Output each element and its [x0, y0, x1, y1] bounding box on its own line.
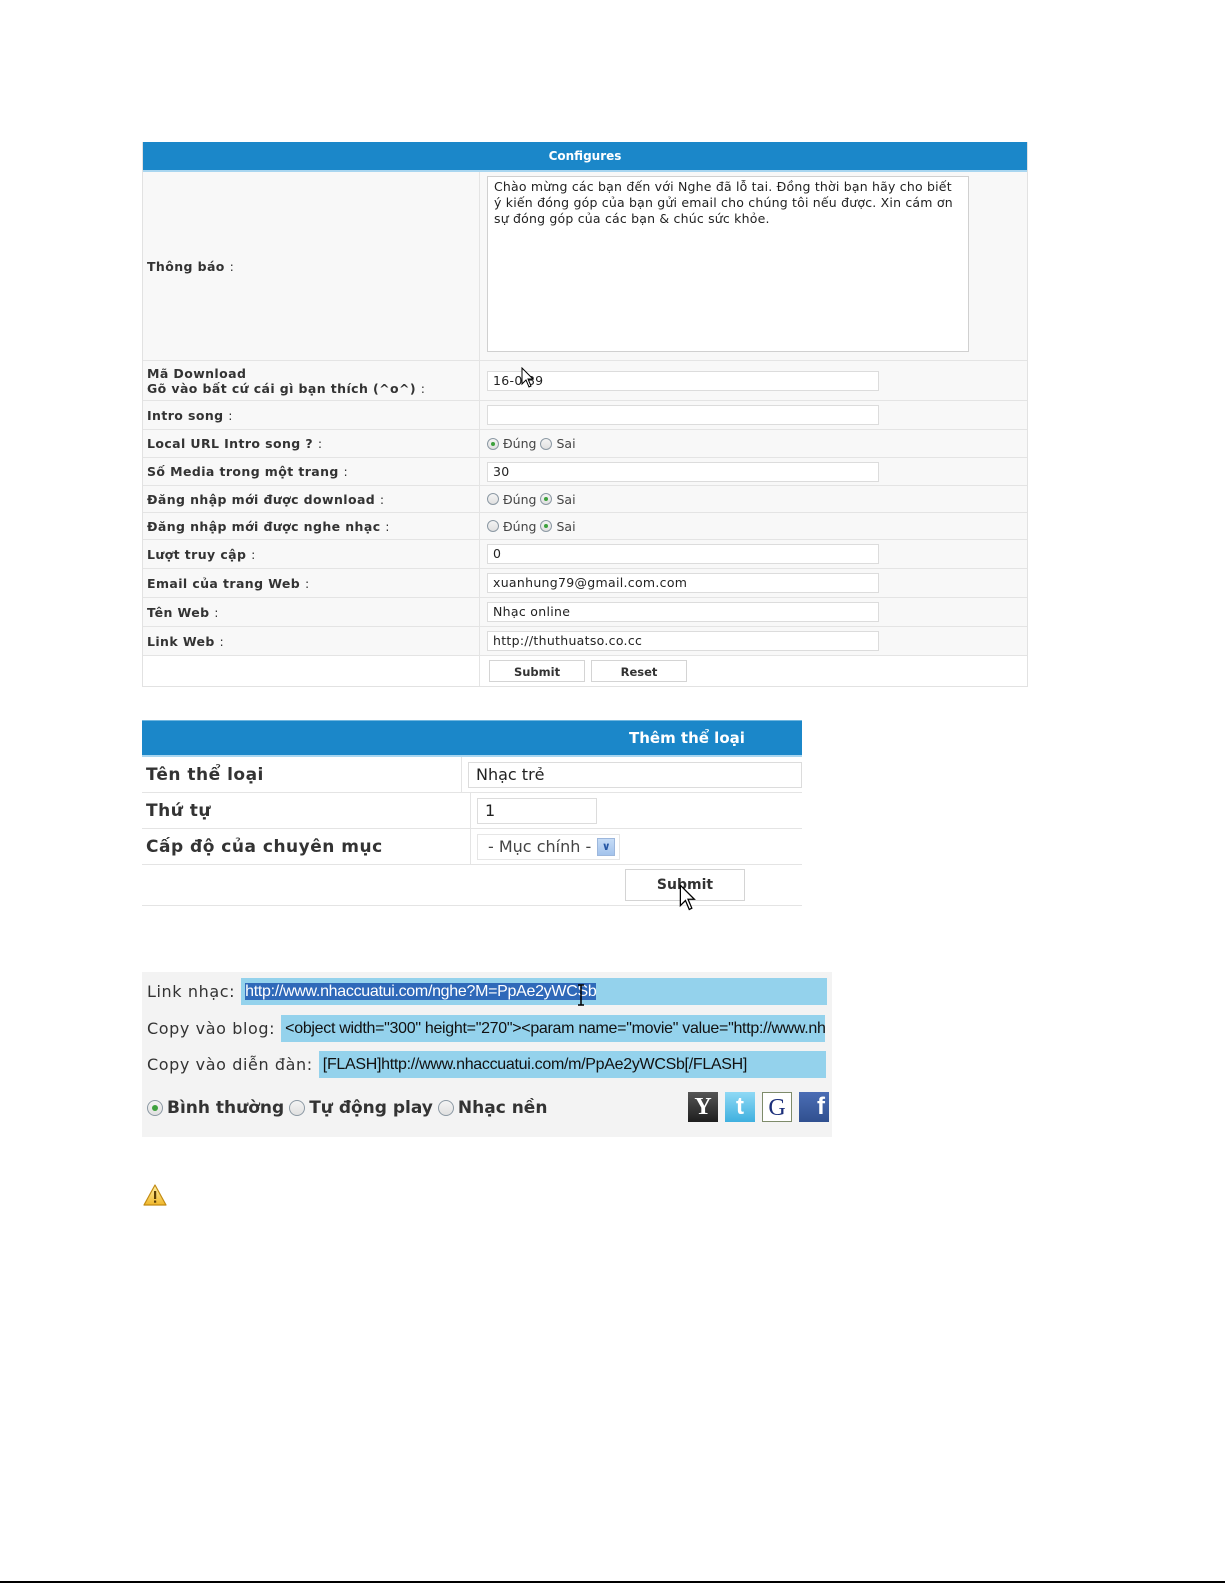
row-site-link: Link Web : http://thuthuatso.co.cc [143, 627, 1027, 656]
mouse-cursor-icon [679, 884, 697, 912]
row-download-code: Mã Download Gõ vào bất cứ cái gì bạn thí… [143, 361, 1027, 401]
intro-song-label: Intro song : [143, 401, 480, 429]
login-download-label: Đăng nhập mới được download : [143, 486, 480, 512]
submit-button[interactable]: Submit [489, 660, 585, 682]
category-level-select[interactable]: - Mục chính - ∨ [477, 834, 620, 860]
row-actions: Submit Reset [143, 656, 1027, 686]
category-level-label: Cấp độ của chuyên mục [142, 829, 471, 864]
login-listen-radio-sai[interactable]: Sai [540, 519, 575, 534]
category-actions-spacer [142, 865, 470, 905]
radio-checked-icon [540, 493, 552, 505]
twitter-icon[interactable]: t [725, 1092, 755, 1122]
play-mode-group: Bình thường Tự động play Nhạc nền [147, 1098, 552, 1118]
site-link-input[interactable]: http://thuthuatso.co.cc [487, 631, 879, 651]
email-input[interactable]: xuanhung79@gmail.com.com [487, 573, 879, 593]
row-category-name: Tên thể loại Nhạc trẻ [142, 757, 802, 793]
mouse-cursor-icon [521, 367, 535, 389]
yahoo-icon[interactable]: Y [688, 1092, 718, 1122]
radio-checked-icon [487, 438, 499, 450]
radio-unchecked-icon [487, 520, 499, 532]
visits-input[interactable]: 0 [487, 544, 879, 564]
music-link-input[interactable]: http://www.nhaccuatui.com/nghe?M=PpAe2yW… [241, 978, 827, 1005]
notice-textarea[interactable] [487, 176, 969, 352]
social-share-group: Y t G f [688, 1092, 836, 1122]
download-code-input[interactable]: 16-0 89 [487, 371, 879, 391]
radio-unchecked-icon [438, 1100, 454, 1116]
site-name-label: Tên Web : [143, 598, 480, 626]
blog-embed-input[interactable]: <object width="300" height="270"><param … [281, 1015, 825, 1042]
google-icon[interactable]: G [762, 1092, 792, 1122]
row-category-order: Thứ tự 1 [142, 793, 802, 829]
intro-song-input[interactable] [487, 405, 879, 425]
music-link-label: Link nhạc: [147, 982, 235, 1001]
row-intro-song: Intro song : [143, 401, 1027, 430]
row-login-download: Đăng nhập mới được download : Đúng Sai [143, 486, 1027, 513]
row-category-actions: Submit [142, 865, 802, 906]
play-mode-background[interactable]: Nhạc nền [438, 1098, 548, 1118]
login-listen-label: Đăng nhập mới được nghe nhạc : [143, 513, 480, 539]
configures-header: Configures [143, 142, 1027, 172]
radio-checked-icon [147, 1100, 163, 1116]
local-url-radio-dung[interactable]: Đúng [487, 436, 536, 451]
add-category-header: Thêm thể loại [142, 720, 802, 757]
media-per-page-label: Số Media trong một trang : [143, 458, 480, 485]
site-name-input[interactable]: Nhạc online [487, 602, 879, 622]
warning-icon [143, 1184, 167, 1206]
site-link-label: Link Web : [143, 627, 480, 655]
radio-unchecked-icon [540, 438, 552, 450]
blog-row: Copy vào blog: <object width="300" heigh… [147, 1015, 825, 1042]
chevron-down-icon[interactable]: ∨ [597, 838, 615, 856]
login-listen-radio-dung[interactable]: Đúng [487, 519, 536, 534]
forum-embed-input[interactable]: [FLASH]http://www.nhaccuatui.com/m/PpAe2… [319, 1051, 826, 1078]
music-link-row: Link nhạc: http://www.nhaccuatui.com/ngh… [147, 978, 827, 1005]
visits-label: Lượt truy cập : [143, 540, 480, 568]
play-mode-normal[interactable]: Bình thường [147, 1098, 284, 1118]
facebook-icon[interactable]: f [799, 1092, 829, 1122]
add-category-table: Thêm thể loại Tên thể loại Nhạc trẻ Thứ … [142, 720, 802, 906]
category-name-input[interactable]: Nhạc trẻ [468, 762, 802, 788]
category-order-input[interactable]: 1 [477, 798, 597, 824]
text-cursor-icon [576, 984, 586, 1006]
category-name-label: Tên thể loại [142, 757, 462, 792]
row-notice: Thông báo : [143, 172, 1027, 361]
page-bottom-rule [0, 1581, 1225, 1583]
login-download-radio-dung[interactable]: Đúng [487, 492, 536, 507]
row-local-url: Local URL Intro song ? : Đúng Sai [143, 430, 1027, 458]
row-category-level: Cấp độ của chuyên mục - Mục chính - ∨ [142, 829, 802, 865]
login-download-radio-sai[interactable]: Sai [540, 492, 575, 507]
play-mode-autoplay[interactable]: Tự động play [289, 1098, 433, 1118]
blog-label: Copy vào blog: [147, 1019, 275, 1038]
media-per-page-input[interactable]: 30 [487, 462, 879, 482]
share-panel: Link nhạc: http://www.nhaccuatui.com/ngh… [142, 972, 832, 1137]
reset-button[interactable]: Reset [591, 660, 687, 682]
row-media-per-page: Số Media trong một trang : 30 [143, 458, 1027, 486]
local-url-label: Local URL Intro song ? : [143, 430, 480, 457]
local-url-radio-sai[interactable]: Sai [540, 436, 575, 451]
forum-label: Copy vào diễn đàn: [147, 1055, 313, 1074]
radio-unchecked-icon [289, 1100, 305, 1116]
row-site-name: Tên Web : Nhạc online [143, 598, 1027, 627]
email-label: Email của trang Web : [143, 569, 480, 597]
actions-spacer [143, 656, 480, 686]
forum-row: Copy vào diễn đàn: [FLASH]http://www.nha… [147, 1051, 826, 1078]
category-order-label: Thứ tự [142, 793, 471, 828]
row-visits: Lượt truy cập : 0 [143, 540, 1027, 569]
download-code-label: Mã Download Gõ vào bất cứ cái gì bạn thí… [143, 361, 480, 400]
radio-unchecked-icon [487, 493, 499, 505]
configures-table: Configures Thông báo : Mã Download Gõ và… [142, 142, 1028, 687]
radio-checked-icon [540, 520, 552, 532]
row-email: Email của trang Web : xuanhung79@gmail.c… [143, 569, 1027, 598]
row-login-listen: Đăng nhập mới được nghe nhạc : Đúng Sai [143, 513, 1027, 540]
notice-label: Thông báo : [143, 172, 480, 360]
